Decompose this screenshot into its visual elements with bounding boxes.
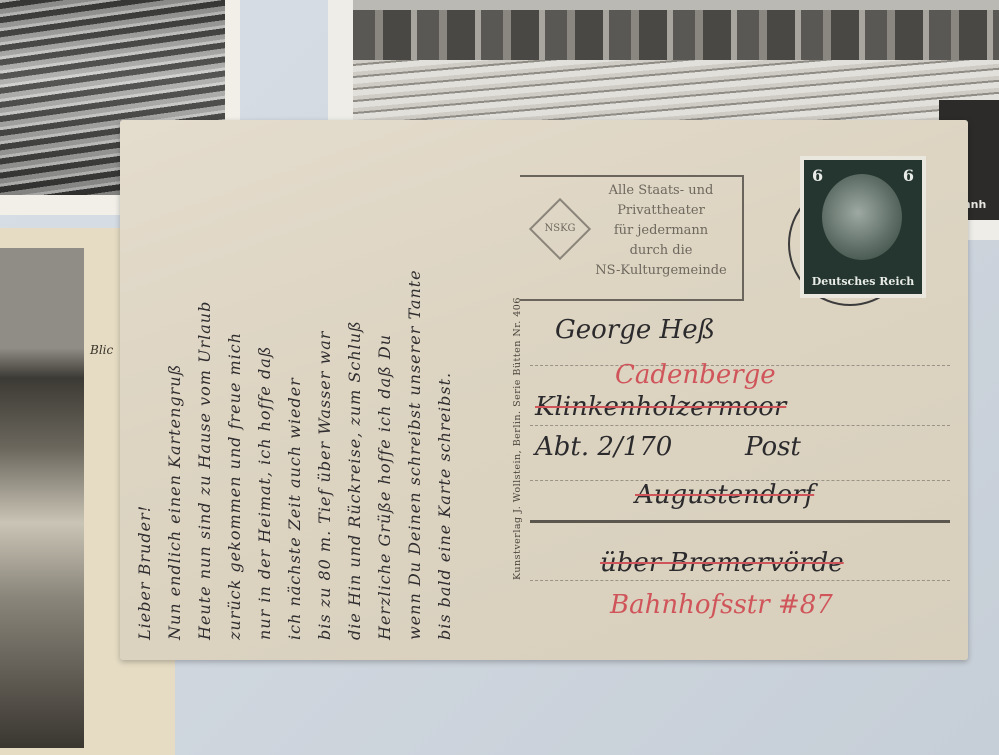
address-line-unit: Abt. 2/170 — [535, 432, 672, 462]
slogan-line: für jedermann — [580, 221, 742, 241]
address-line-struck-via: über Bremervörde — [600, 548, 844, 578]
slogan-line: Alle Staats- und — [580, 181, 742, 201]
message-line: Herzliche Grüße hoffe ich daß Du — [370, 140, 400, 640]
message-line: Nun endlich einen Kartengruß — [160, 140, 190, 640]
address-rule — [530, 580, 950, 581]
message-line: wenn Du Deinen schreibst unserer Tante — [400, 140, 430, 640]
address-line-street: Bahnhofsstr #87 — [610, 590, 833, 620]
address-underline — [530, 520, 950, 523]
message-line: Lieber Bruder! — [130, 140, 160, 640]
address-line-struck-town: Augustendorf — [635, 480, 814, 510]
address-line-struck-moor: Klinkenholzermoor — [535, 392, 786, 422]
message-line: Heute nun sind zu Hause vom Urlaub — [190, 140, 220, 640]
stamp-value-left: 6 — [812, 166, 823, 185]
address-rule — [530, 425, 950, 426]
message-line: bis zu 80 m. Tief über Wasser war — [310, 140, 340, 640]
message-line: nur in der Heimat, ich hoffe daß — [250, 140, 280, 640]
address-line-cadenberge: Cadenberge — [615, 360, 776, 390]
handwritten-message: Lieber Bruder!Nun endlich einen Kartengr… — [130, 140, 500, 640]
message-line: ich nächste Zeit auch wieder — [280, 140, 310, 640]
message-line: zurück gekommen und freue mich — [220, 140, 250, 640]
address-line-post: Post — [745, 432, 801, 462]
slogan-line: durch die — [580, 241, 742, 261]
recipient-name: George Heß — [555, 315, 715, 345]
stamp-portrait — [822, 174, 902, 260]
railway-ground — [353, 60, 999, 122]
stamp-value-right: 6 — [903, 166, 914, 185]
dune-caption: Blic — [90, 343, 113, 357]
stamp-label: Deutsches Reich — [804, 275, 922, 288]
slogan-line: NS-Kulturgemeinde — [580, 261, 742, 281]
slogan-cancellation: NSKG Alle Staats- undPrivattheaterfür je… — [520, 175, 744, 301]
dune-image — [0, 248, 84, 748]
slogan-line: Privattheater — [580, 201, 742, 221]
postcard: Lieber Bruder!Nun endlich einen Kartengr… — [120, 120, 968, 660]
message-line: die Hin und Rückreise, zum Schluß — [340, 140, 370, 640]
message-line: bis bald eine Karte schreibst. — [430, 140, 460, 640]
postage-stamp: 6 6 Deutsches Reich — [800, 156, 926, 298]
